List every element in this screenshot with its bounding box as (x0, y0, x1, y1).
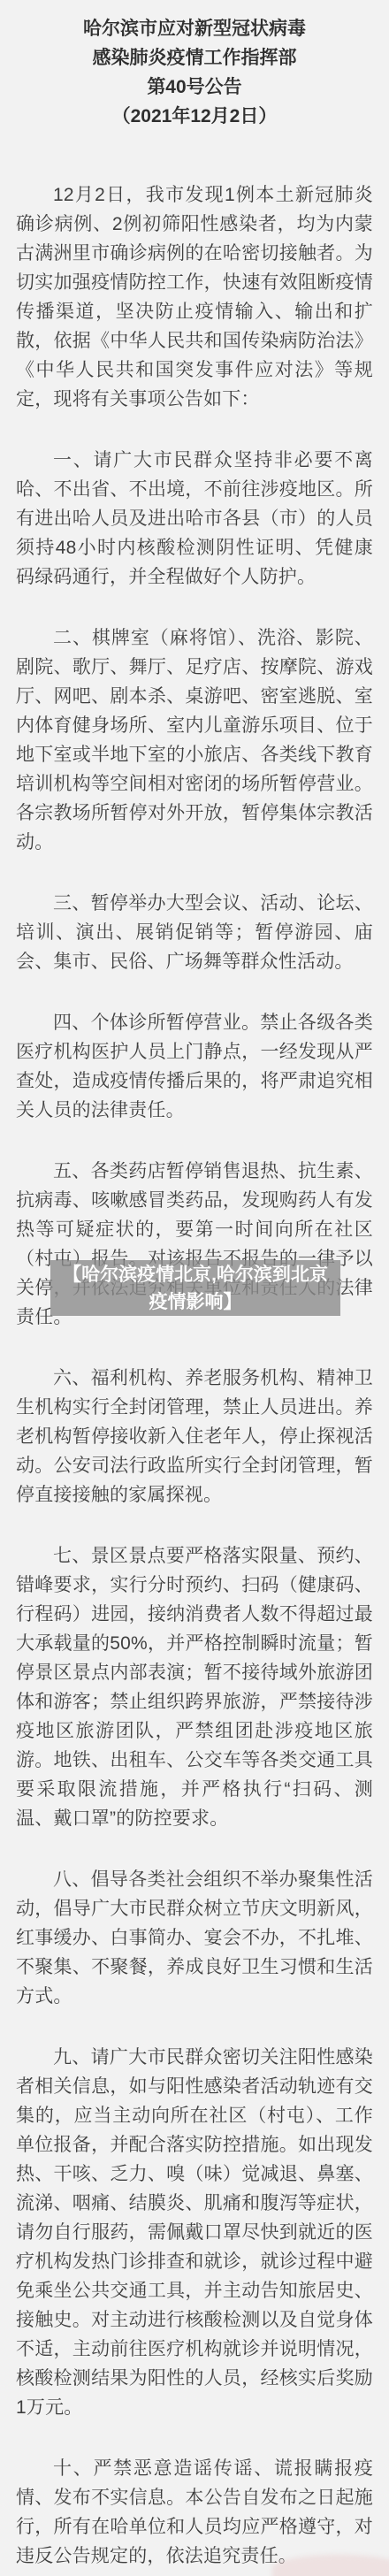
paragraph-item-2: 二、棋牌室（麻将馆）、洗浴、影院、剧院、歌厅、舞厅、足疗店、按摩院、游戏厅、网吧… (16, 623, 373, 857)
title-line-org-2: 感染肺炎疫情工作指挥部 (16, 43, 373, 73)
watermark-overlay: 【哈尔滨疫情北京,哈尔滨到北京 疫情影响】 (50, 1260, 340, 1316)
watermark-text-line-2: 疫情影响】 (50, 1288, 340, 1316)
paragraph-item-6: 六、福利机构、养老服务机构、精神卫生机构实行全封闭管理，禁止人员进出。养老机构暂… (16, 1364, 373, 1510)
title-line-org-1: 哈尔滨市应对新型冠状病毒 (16, 14, 373, 43)
announcement-page: 哈尔滨市应对新型冠状病毒 感染肺炎疫情工作指挥部 第40号公告 （2021年12… (0, 0, 389, 2576)
title-line-number: 第40号公告 (16, 73, 373, 102)
paragraph-item-1: 一、请广大市民群众坚持非必要不离哈、不出省、不出境，不前往涉疫地区。所有进出哈人… (16, 446, 373, 592)
paragraph-item-3: 三、暂停举办大型会议、活动、论坛、培训、演出、展销促销等；暂停游园、庙会、集市、… (16, 889, 373, 976)
watermark-text-line-1: 【哈尔滨疫情北京,哈尔滨到北京 (50, 1261, 340, 1288)
paragraph-intro: 12月2日，我市发现1例本土新冠肺炎确诊病例、2例初筛阳性感染者，均为内蒙古满洲… (16, 180, 373, 414)
title-line-date: （2021年12月2日） (16, 102, 373, 131)
announcement-body: 12月2日，我市发现1例本土新冠肺炎确诊病例、2例初筛阳性感染者，均为内蒙古满洲… (16, 180, 373, 2571)
paragraph-item-8: 八、倡导各类社会组织不举办聚集性活动，倡导广大市民群众树立节庆文明新风，红事缓办… (16, 1865, 373, 2011)
paragraph-item-10: 十、严禁恶意造谣传谣、谎报瞒报疫情、发布不实信息。本公告自发布之日起施行，所有在… (16, 2454, 373, 2571)
paragraph-item-4: 四、个体诊所暂停营业。禁止各级各类医疗机构医护人员上门静点，一经发现从严查处，造… (16, 1008, 373, 1125)
paragraph-item-9: 九、请广大市民群众密切关注阳性感染者相关信息，如与阳性感染者活动轨迹有交集的，应… (16, 2043, 373, 2422)
paragraph-item-7: 七、景区景点要严格落实限量、预约、错峰要求，实行分时预约、扫码（健康码、行程码）… (16, 1541, 373, 1833)
announcement-title: 哈尔滨市应对新型冠状病毒 感染肺炎疫情工作指挥部 第40号公告 （2021年12… (16, 14, 373, 131)
